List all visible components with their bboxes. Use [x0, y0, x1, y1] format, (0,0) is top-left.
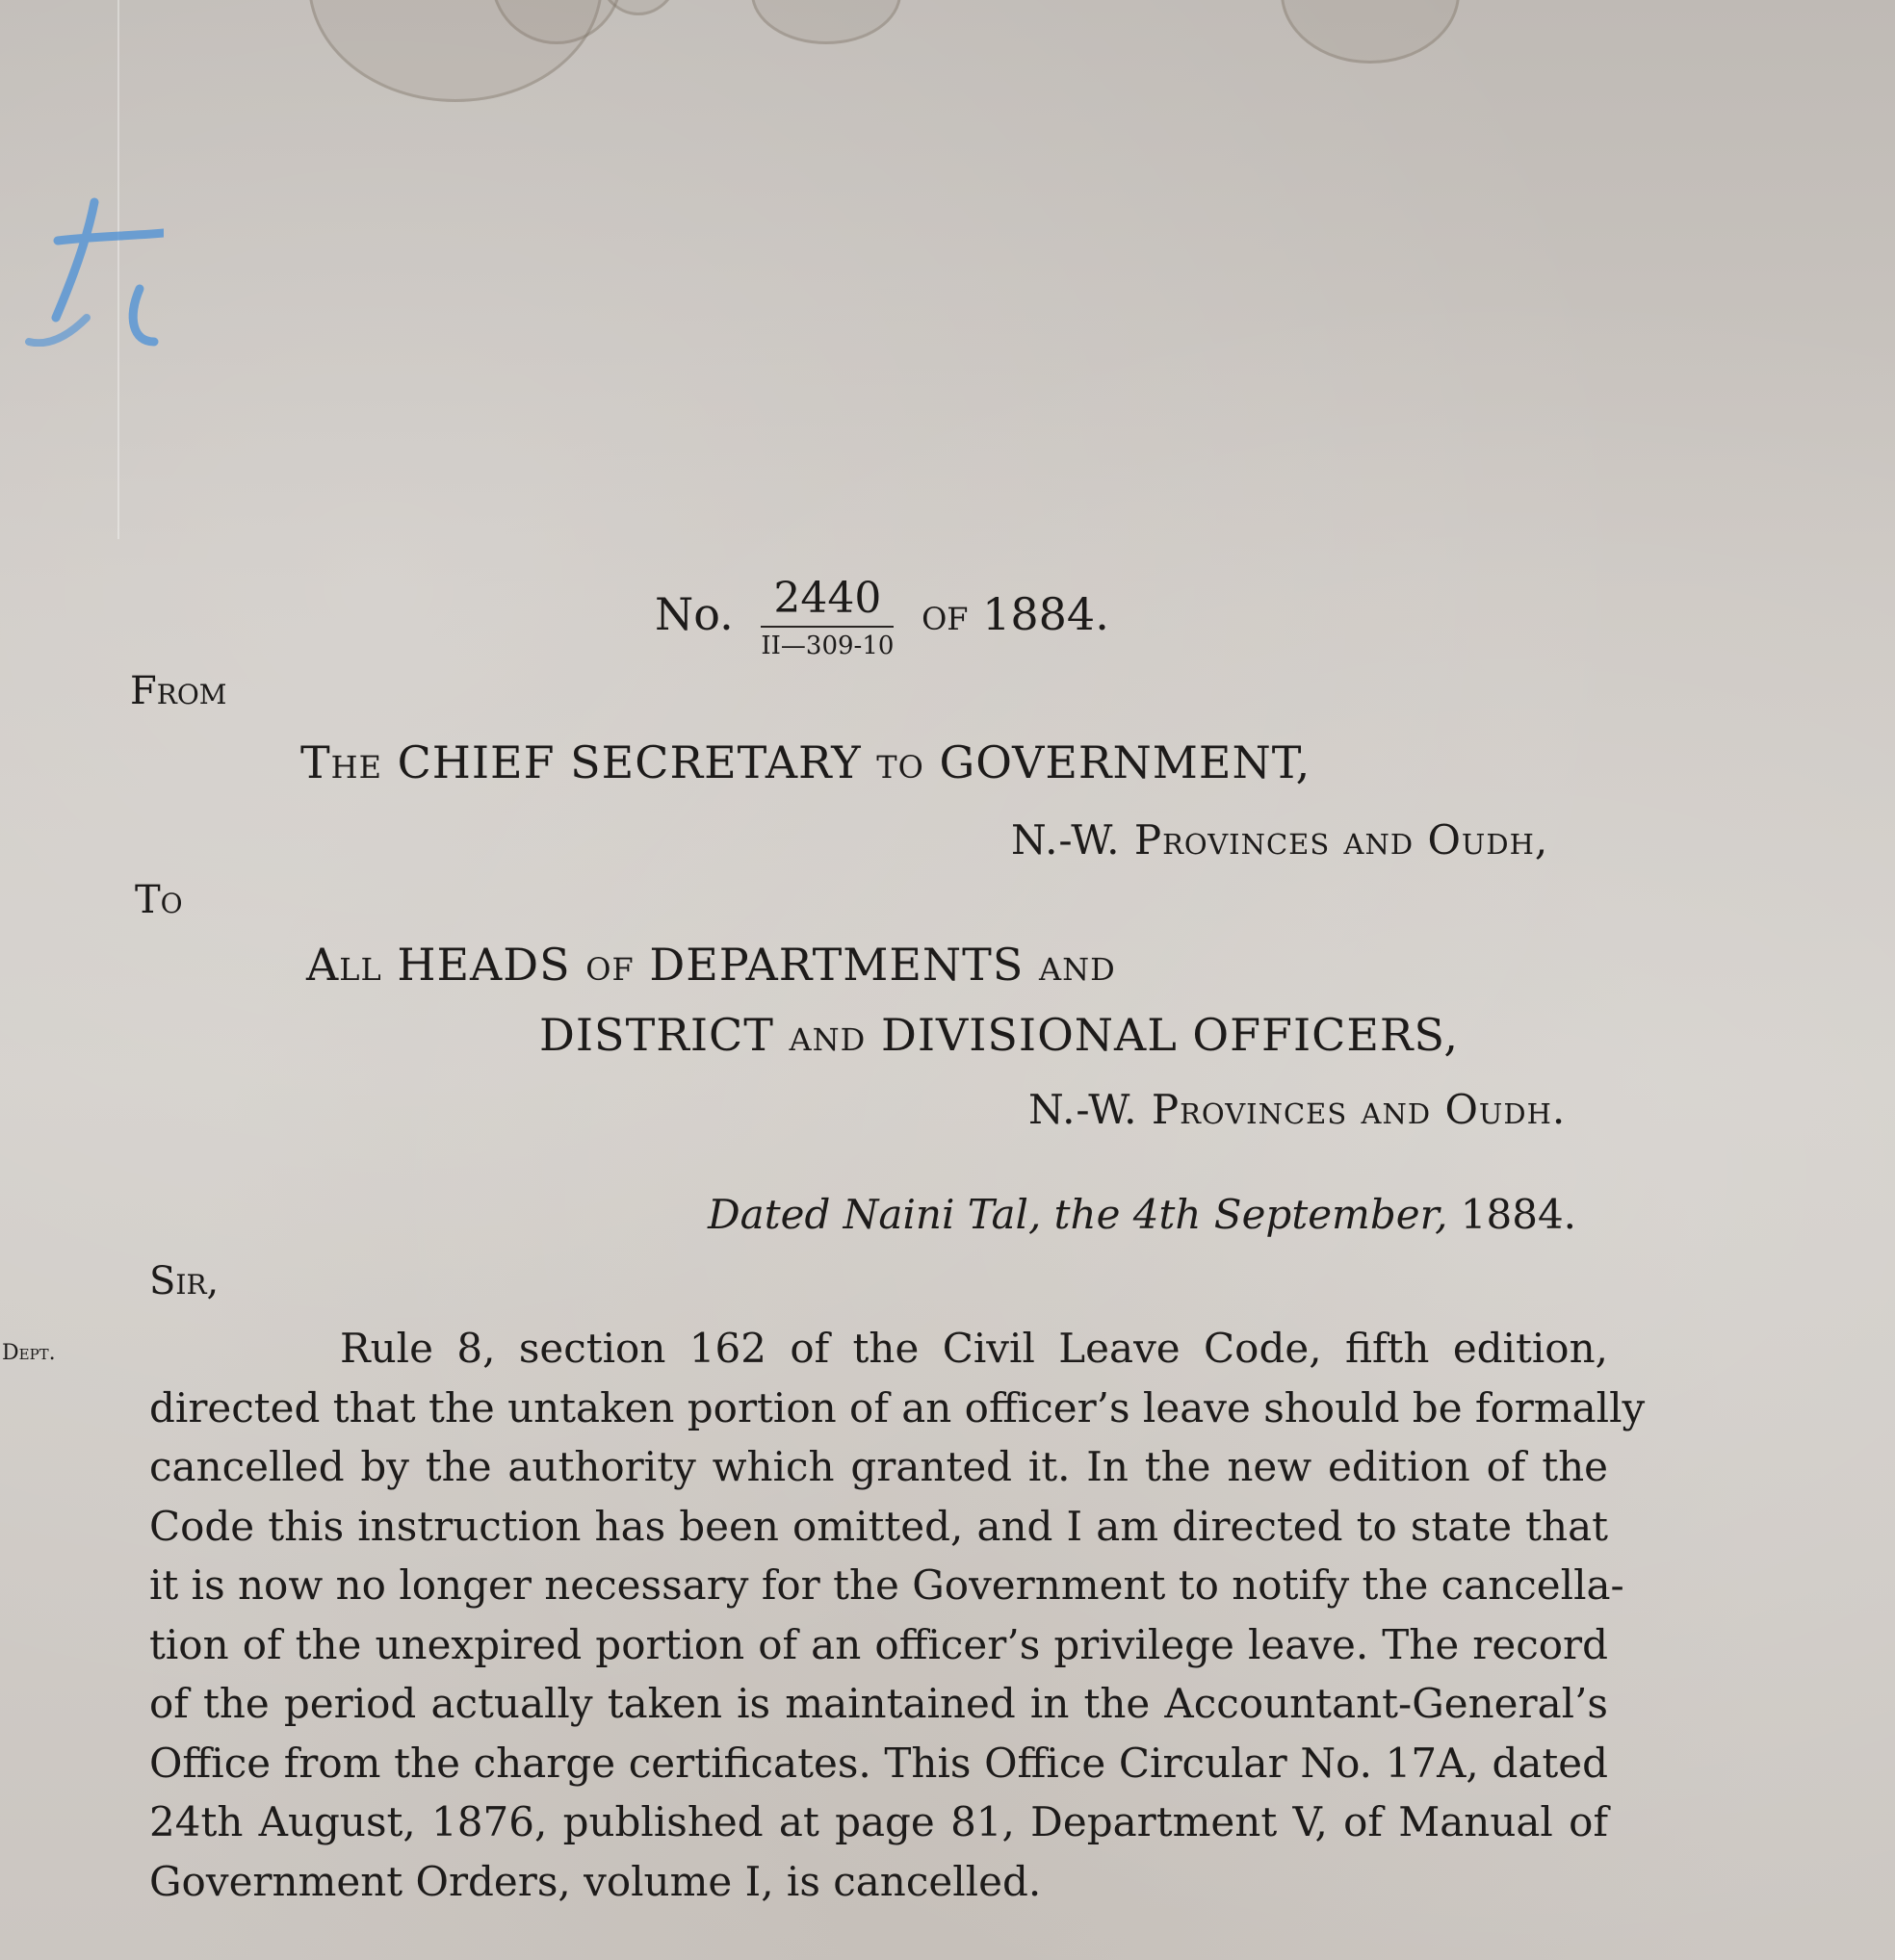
body-line: Office from the charge certificates. Thi…	[149, 1734, 1608, 1793]
body-line: of the period actually taken is maintain…	[149, 1674, 1608, 1734]
document-number: No. 2440 II—309-10 of 1884.	[655, 578, 1109, 658]
dateline-year: 1884.	[1447, 1191, 1576, 1238]
number-suffix: of 1884.	[922, 588, 1109, 640]
to-province: N.-W. Provinces and Oudh.	[1028, 1086, 1566, 1133]
margin-note: Dept.	[2, 1341, 56, 1365]
to-label: To	[135, 878, 183, 922]
body-line: Code this instruction has been omitted, …	[149, 1497, 1608, 1557]
body-line: cancelled by the authority which granted…	[149, 1437, 1608, 1497]
to-recipient-line1: All HEADS of DEPARTMENTS and	[306, 939, 1116, 991]
dateline: Dated Naini Tal, the 4th September, 1884…	[708, 1191, 1576, 1238]
body-paragraph: Rule 8, section 162 of the Civil Leave C…	[149, 1319, 1608, 1911]
body-line: tion of the unexpired portion of an offi…	[149, 1615, 1608, 1675]
to-recipient-line2: DISTRICT and DIVISIONAL OFFICERS,	[539, 1009, 1459, 1061]
number-denominator: II—309-10	[761, 628, 894, 658]
from-province: N.-W. Provinces and Oudh,	[1011, 816, 1548, 864]
water-stain	[1281, 0, 1460, 64]
body-line: Rule 8, section 162 of the Civil Leave C…	[149, 1319, 1608, 1379]
salutation: Sir,	[149, 1259, 219, 1303]
from-label: From	[130, 669, 226, 713]
number-fraction: 2440 II—309-10	[761, 578, 894, 658]
body-line: Government Orders, volume I, is cancelle…	[149, 1852, 1608, 1912]
number-numerator: 2440	[761, 578, 894, 628]
handwritten-mark	[19, 183, 164, 347]
dateline-text: Dated Naini Tal, the 4th September,	[708, 1191, 1447, 1238]
body-line: it is now no longer necessary for the Go…	[149, 1556, 1608, 1615]
body-line: 24th August, 1876, published at page 81,…	[149, 1792, 1608, 1852]
body-line: directed that the untaken portion of an …	[149, 1379, 1608, 1438]
number-prefix: No.	[655, 588, 734, 640]
water-stain	[751, 0, 901, 44]
from-sender: The CHIEF SECRETARY to GOVERNMENT,	[300, 736, 1311, 788]
